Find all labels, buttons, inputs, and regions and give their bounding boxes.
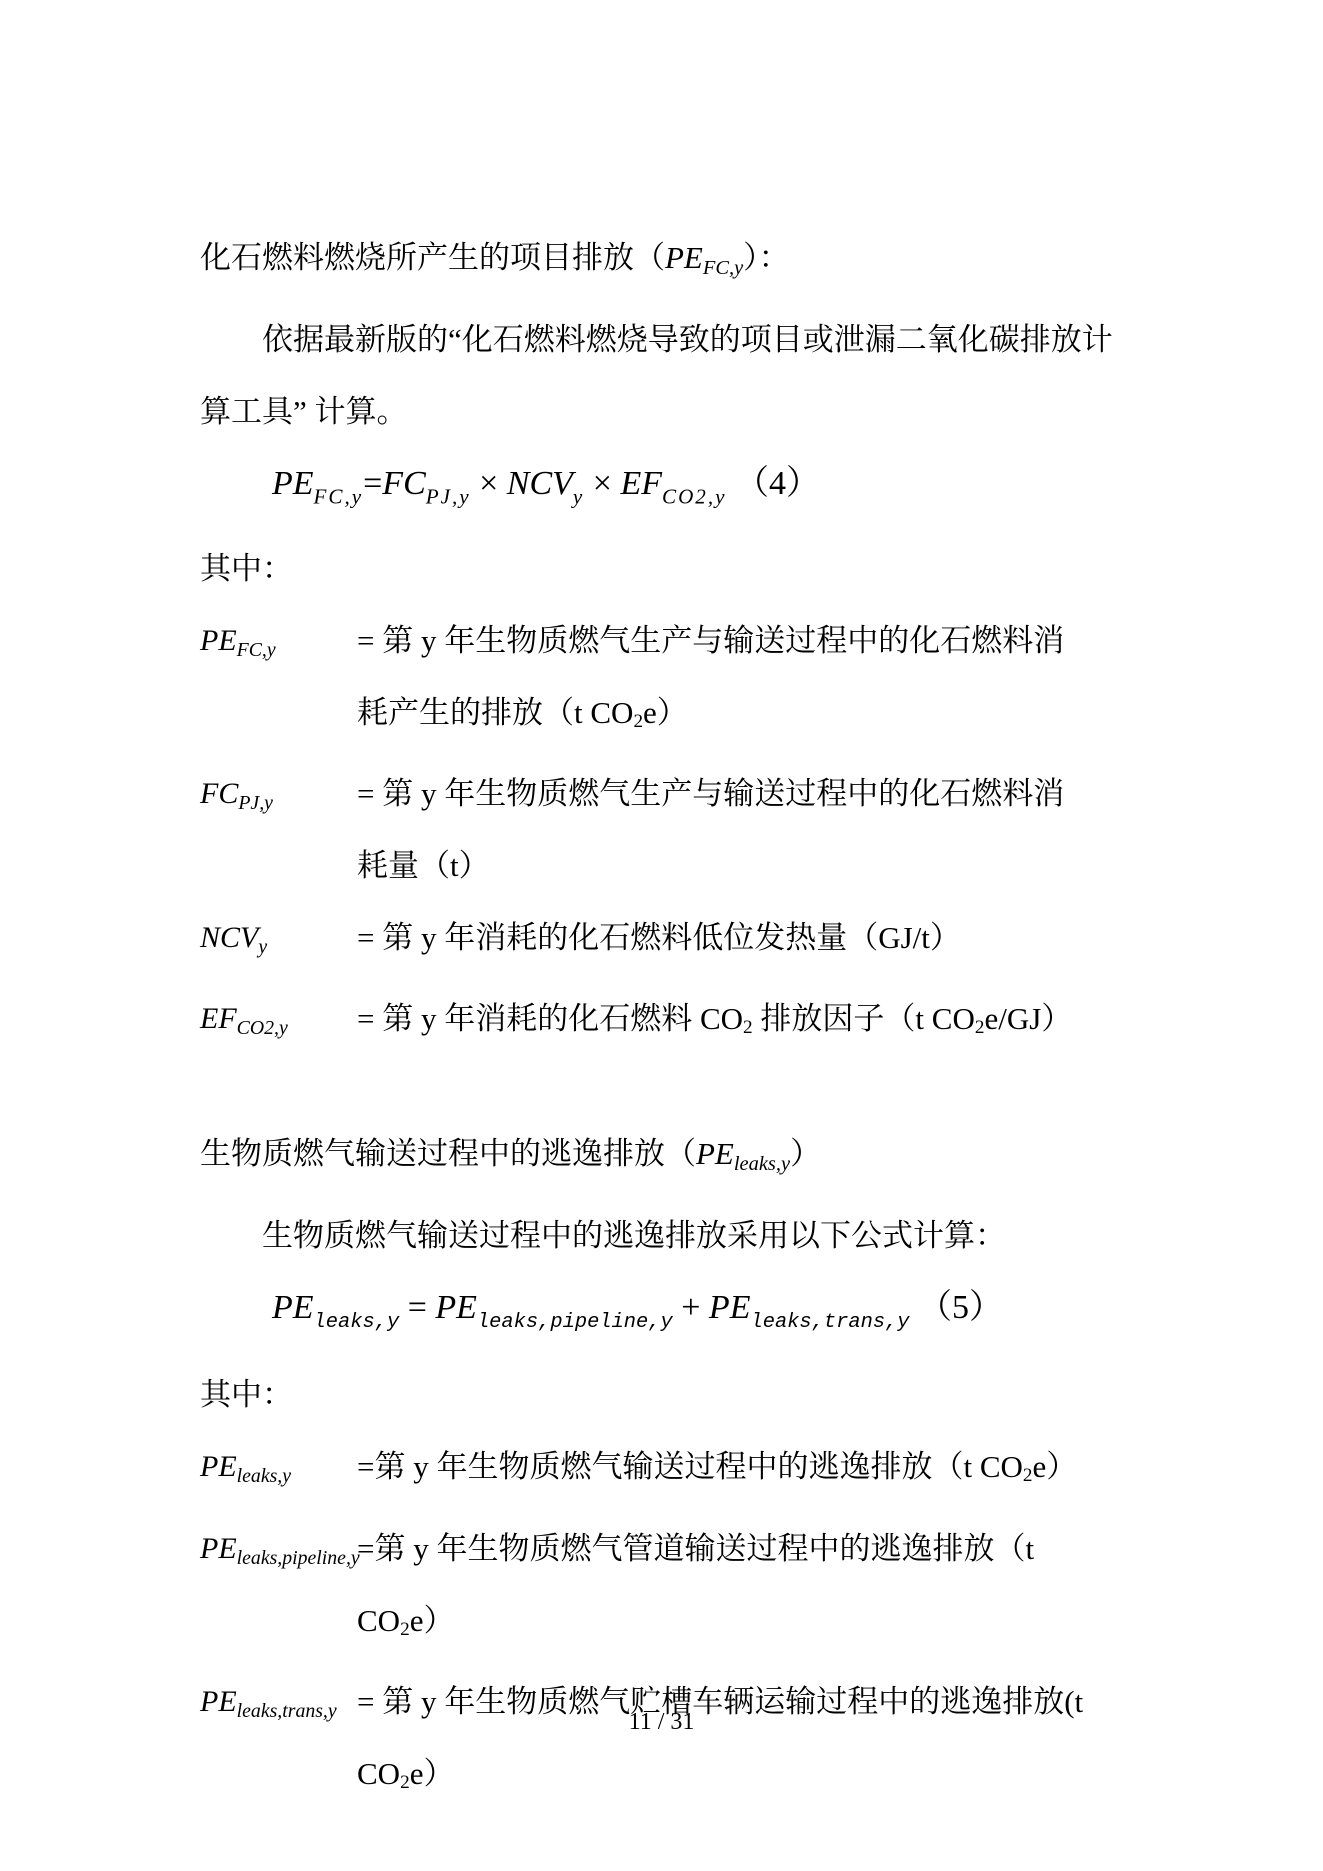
- paragraph-line: 依据最新版的“化石燃料燃烧导致的项目或泄漏二氧化碳排放计: [200, 304, 1165, 376]
- definition-text: = 第 y 年生物质燃气生产与输送过程中的化石燃料消 耗量（t）: [357, 758, 1165, 902]
- paragraph-line: 生物质燃气输送过程中的逃逸排放采用以下公式计算：: [200, 1200, 1165, 1272]
- definition-text: =第 y 年生物质燃气输送过程中的逃逸排放（t CO2e）: [357, 1431, 1165, 1512]
- definition-line: 耗产生的排放（t CO2e）: [357, 677, 1165, 758]
- definition-text: = 第 y 年生物质燃气生产与输送过程中的化石燃料消 耗产生的排放（t CO2e…: [357, 605, 1165, 758]
- definition-text: = 第 y 年消耗的化石燃料 CO2 排放因子（t CO2e/GJ）: [357, 983, 1165, 1064]
- definition-row: PEleaks,pipeline,y =第 y 年生物质燃气管道输送过程中的逃逸…: [200, 1513, 1165, 1666]
- where-label: 其中：: [200, 533, 1165, 605]
- page-number: 11 / 31: [0, 1708, 1323, 1736]
- section-fossil-fuel-emissions: 化石燃料燃烧所产生的项目排放（PEFC,y）： 依据最新版的“化石燃料燃烧导致的…: [200, 222, 1165, 1064]
- definition-row: PEleaks,trans,y = 第 y 年生物质燃气贮槽车辆运输过程中的逃逸…: [200, 1666, 1165, 1819]
- formula-5: PEleaks,y = PEleaks,pipeline,y + PEleaks…: [272, 1272, 1165, 1359]
- definition-text: =第 y 年生物质燃气管道输送过程中的逃逸排放（t CO2e）: [357, 1513, 1165, 1666]
- variable-label: EFCO2,y: [200, 983, 357, 1064]
- page-content: 化石燃料燃烧所产生的项目排放（PEFC,y）： 依据最新版的“化石燃料燃烧导致的…: [200, 222, 1165, 1819]
- formula-4: PEFC,y=FCPJ,y × NCVy × EFCO2,y （4）: [272, 448, 1165, 532]
- document-page: 化石燃料燃烧所产生的项目排放（PEFC,y）： 依据最新版的“化石燃料燃烧导致的…: [0, 0, 1323, 1871]
- definition-row: NCVy = 第 y 年消耗的化石燃料低位发热量（GJ/t）: [200, 902, 1165, 983]
- definition-row: PEleaks,y =第 y 年生物质燃气输送过程中的逃逸排放（t CO2e）: [200, 1431, 1165, 1512]
- definition-text: = 第 y 年消耗的化石燃料低位发热量（GJ/t）: [357, 902, 1165, 974]
- definition-row: PEFC,y = 第 y 年生物质燃气生产与输送过程中的化石燃料消 耗产生的排放…: [200, 605, 1165, 758]
- variable-label: PEleaks,pipeline,y: [200, 1513, 357, 1594]
- section-heading: 生物质燃气输送过程中的逃逸排放（PEleaks,y）: [200, 1118, 1165, 1200]
- variable-label: PEleaks,y: [200, 1431, 357, 1512]
- where-label: 其中：: [200, 1359, 1165, 1431]
- definition-line: CO2e）: [357, 1738, 1165, 1819]
- definition-line: = 第 y 年生物质燃气生产与输送过程中的化石燃料消: [357, 758, 1165, 830]
- definition-line: = 第 y 年消耗的化石燃料 CO2 排放因子（t CO2e/GJ）: [357, 983, 1165, 1064]
- definition-line: CO2e）: [357, 1585, 1165, 1666]
- paragraph-line: 算工具” 计算。: [200, 376, 1165, 448]
- definition-line: 耗量（t）: [357, 830, 1165, 902]
- definition-line: = 第 y 年消耗的化石燃料低位发热量（GJ/t）: [357, 902, 1165, 974]
- definition-line: =第 y 年生物质燃气输送过程中的逃逸排放（t CO2e）: [357, 1431, 1165, 1512]
- definition-line: =第 y 年生物质燃气管道输送过程中的逃逸排放（t: [357, 1513, 1165, 1585]
- variable-label: FCPJ,y: [200, 758, 357, 839]
- variable-label: NCVy: [200, 902, 357, 983]
- definition-row: EFCO2,y = 第 y 年消耗的化石燃料 CO2 排放因子（t CO2e/G…: [200, 983, 1165, 1064]
- definition-line: = 第 y 年生物质燃气生产与输送过程中的化石燃料消: [357, 605, 1165, 677]
- definition-text: = 第 y 年生物质燃气贮槽车辆运输过程中的逃逸排放(t CO2e）: [357, 1666, 1165, 1819]
- section-heading: 化石燃料燃烧所产生的项目排放（PEFC,y）：: [200, 222, 1165, 304]
- variable-label: PEFC,y: [200, 605, 357, 686]
- definition-row: FCPJ,y = 第 y 年生物质燃气生产与输送过程中的化石燃料消 耗量（t）: [200, 758, 1165, 902]
